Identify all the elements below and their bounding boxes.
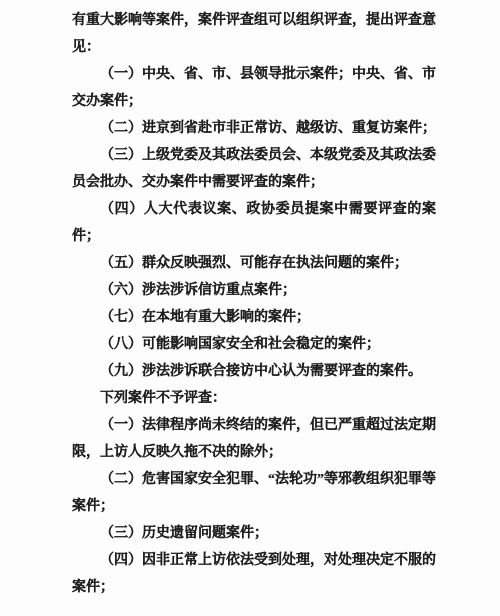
paragraph: （二）危害国家安全犯罪、“法轮功”等邪教组织犯罪等案件； [72,466,436,520]
paragraph: （八）可能影响国家安全和社会稳定的案件； [72,331,436,358]
paragraph: （五）群众反映强烈、可能存在执法问题的案件； [72,250,436,277]
paragraph: （一）法律程序尚未终结的案件，但已严重超过法定期限，上访人反映久拖不决的除外； [72,412,436,466]
paragraph: （一）中央、省、市、县领导批示案件；中央、省、市交办案件； [72,61,436,115]
paragraph: 下列案件不予评查： [72,385,436,412]
paragraph: （三）上级党委及其政法委员会、本级党委及其政法委员会批办、交办案件中需要评查的案… [72,142,436,196]
paragraph: 有重大影响等案件，案件评查组可以组织评查，提出评查意见： [72,7,436,61]
paragraph: （四）因非正常上访依法受到处理，对处理决定不服的案件； [72,547,436,601]
document-page: 有重大影响等案件，案件评查组可以组织评查，提出评查意见：（一）中央、省、市、县领… [0,0,500,616]
paragraph: （九）涉法涉诉联合接访中心认为需要评查的案件。 [72,358,436,385]
paragraph: （二）进京到省赴市非正常访、越级访、重复访案件； [72,115,436,142]
paragraph: （四）人大代表议案、政协委员提案中需要评查的案件； [72,196,436,250]
paragraph: （三）历史遗留问题案件； [72,520,436,547]
paragraph: （六）涉法涉诉信访重点案件； [72,277,436,304]
paragraph: （七）在本地有重大影响的案件； [72,304,436,331]
